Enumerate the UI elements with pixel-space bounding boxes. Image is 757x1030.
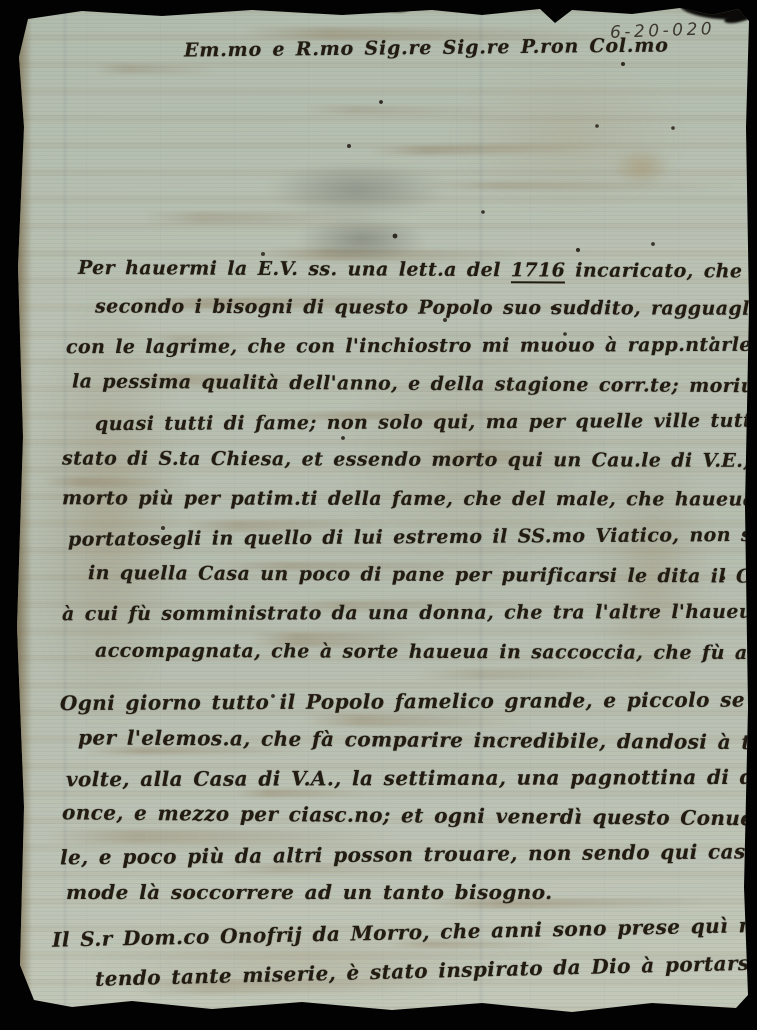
bleedthrough-smudge — [95, 64, 218, 74]
body-line: quasi tutti di fame; non solo qui, ma pe… — [95, 409, 757, 435]
body-line: once, e mezzo per ciasc.no; et ogni vene… — [62, 800, 757, 831]
manuscript-page: 6-20-020 Em.mo e R.mo Sig.re Sig.re P.ro… — [12, 7, 750, 1023]
foxing-stain — [612, 147, 672, 187]
body-line-text: incaricato, che vorresti io — [565, 259, 757, 283]
body-line: secondo i bisogni di questo Popolo suo s… — [95, 296, 757, 321]
body-line: stato di S.ta Chiesa, et essendo morto q… — [62, 448, 757, 473]
body-line: volte, alla Casa di V.A., la settimana, … — [66, 765, 757, 791]
body-line: Per hauermi la E.V. ss. una lett.a del 1… — [78, 257, 757, 283]
bleedthrough-smudge — [303, 104, 507, 115]
ink-specks — [12, 7, 14, 9]
body-line-text: Per hauermi la E.V. ss. una lett.a del — [78, 257, 511, 281]
bleedthrough-smudge — [419, 182, 738, 191]
body-line: mode là soccorrere ad un tanto bisogno. — [66, 880, 553, 904]
body-line: accompagnata, che à sorte haueua in sacc… — [95, 640, 757, 664]
body-line: per l'elemos.a, che fà comparire incredi… — [78, 725, 757, 754]
smudge-stain — [297, 217, 427, 262]
left-fold-edge — [12, 7, 32, 1023]
bleedthrough-smudge — [142, 212, 383, 225]
body-line: la pessima qualità dell'anno, e della st… — [72, 370, 757, 397]
body-line: à cui fù somministrato da una donna, che… — [62, 601, 757, 625]
body-line: con le lagrime, che con l'inchiostro mi … — [66, 334, 752, 358]
paper-crease — [480, 7, 482, 1023]
body-line: morto più per patim.ti della fame, che d… — [62, 487, 757, 510]
bleedthrough-smudge — [370, 144, 597, 156]
body-line: le, e poco più da altri posson trouare, … — [60, 839, 757, 870]
body-line: tendo tante miserie, è stato inspirato d… — [95, 949, 757, 991]
paper-crease — [64, 7, 66, 1023]
body-line: in quella Casa un poco di pane per purif… — [88, 562, 757, 588]
bleedthrough-smudge — [415, 667, 677, 681]
smudge-stain — [267, 162, 447, 217]
underlined-year: 1716 — [511, 259, 566, 283]
body-line: Ogni giorno tutto il Popolo famelico gra… — [60, 687, 757, 715]
body-line: Il S.r Dom.co Onofrij da Morro, che anni… — [52, 910, 757, 951]
foxing-stain — [32, 297, 182, 727]
tear-mark — [384, 2, 411, 13]
manuscript-scan-background: 6-20-020 Em.mo e R.mo Sig.re Sig.re P.ro… — [0, 0, 757, 1030]
foxing-stain — [452, 67, 682, 207]
body-line: portatosegli in quello di lui estremo il… — [68, 523, 757, 550]
bottom-torn-edge — [12, 1007, 750, 1023]
salutation-line: Em.mo e R.mo Sig.re Sig.re P.ron Col.mo — [184, 34, 669, 61]
